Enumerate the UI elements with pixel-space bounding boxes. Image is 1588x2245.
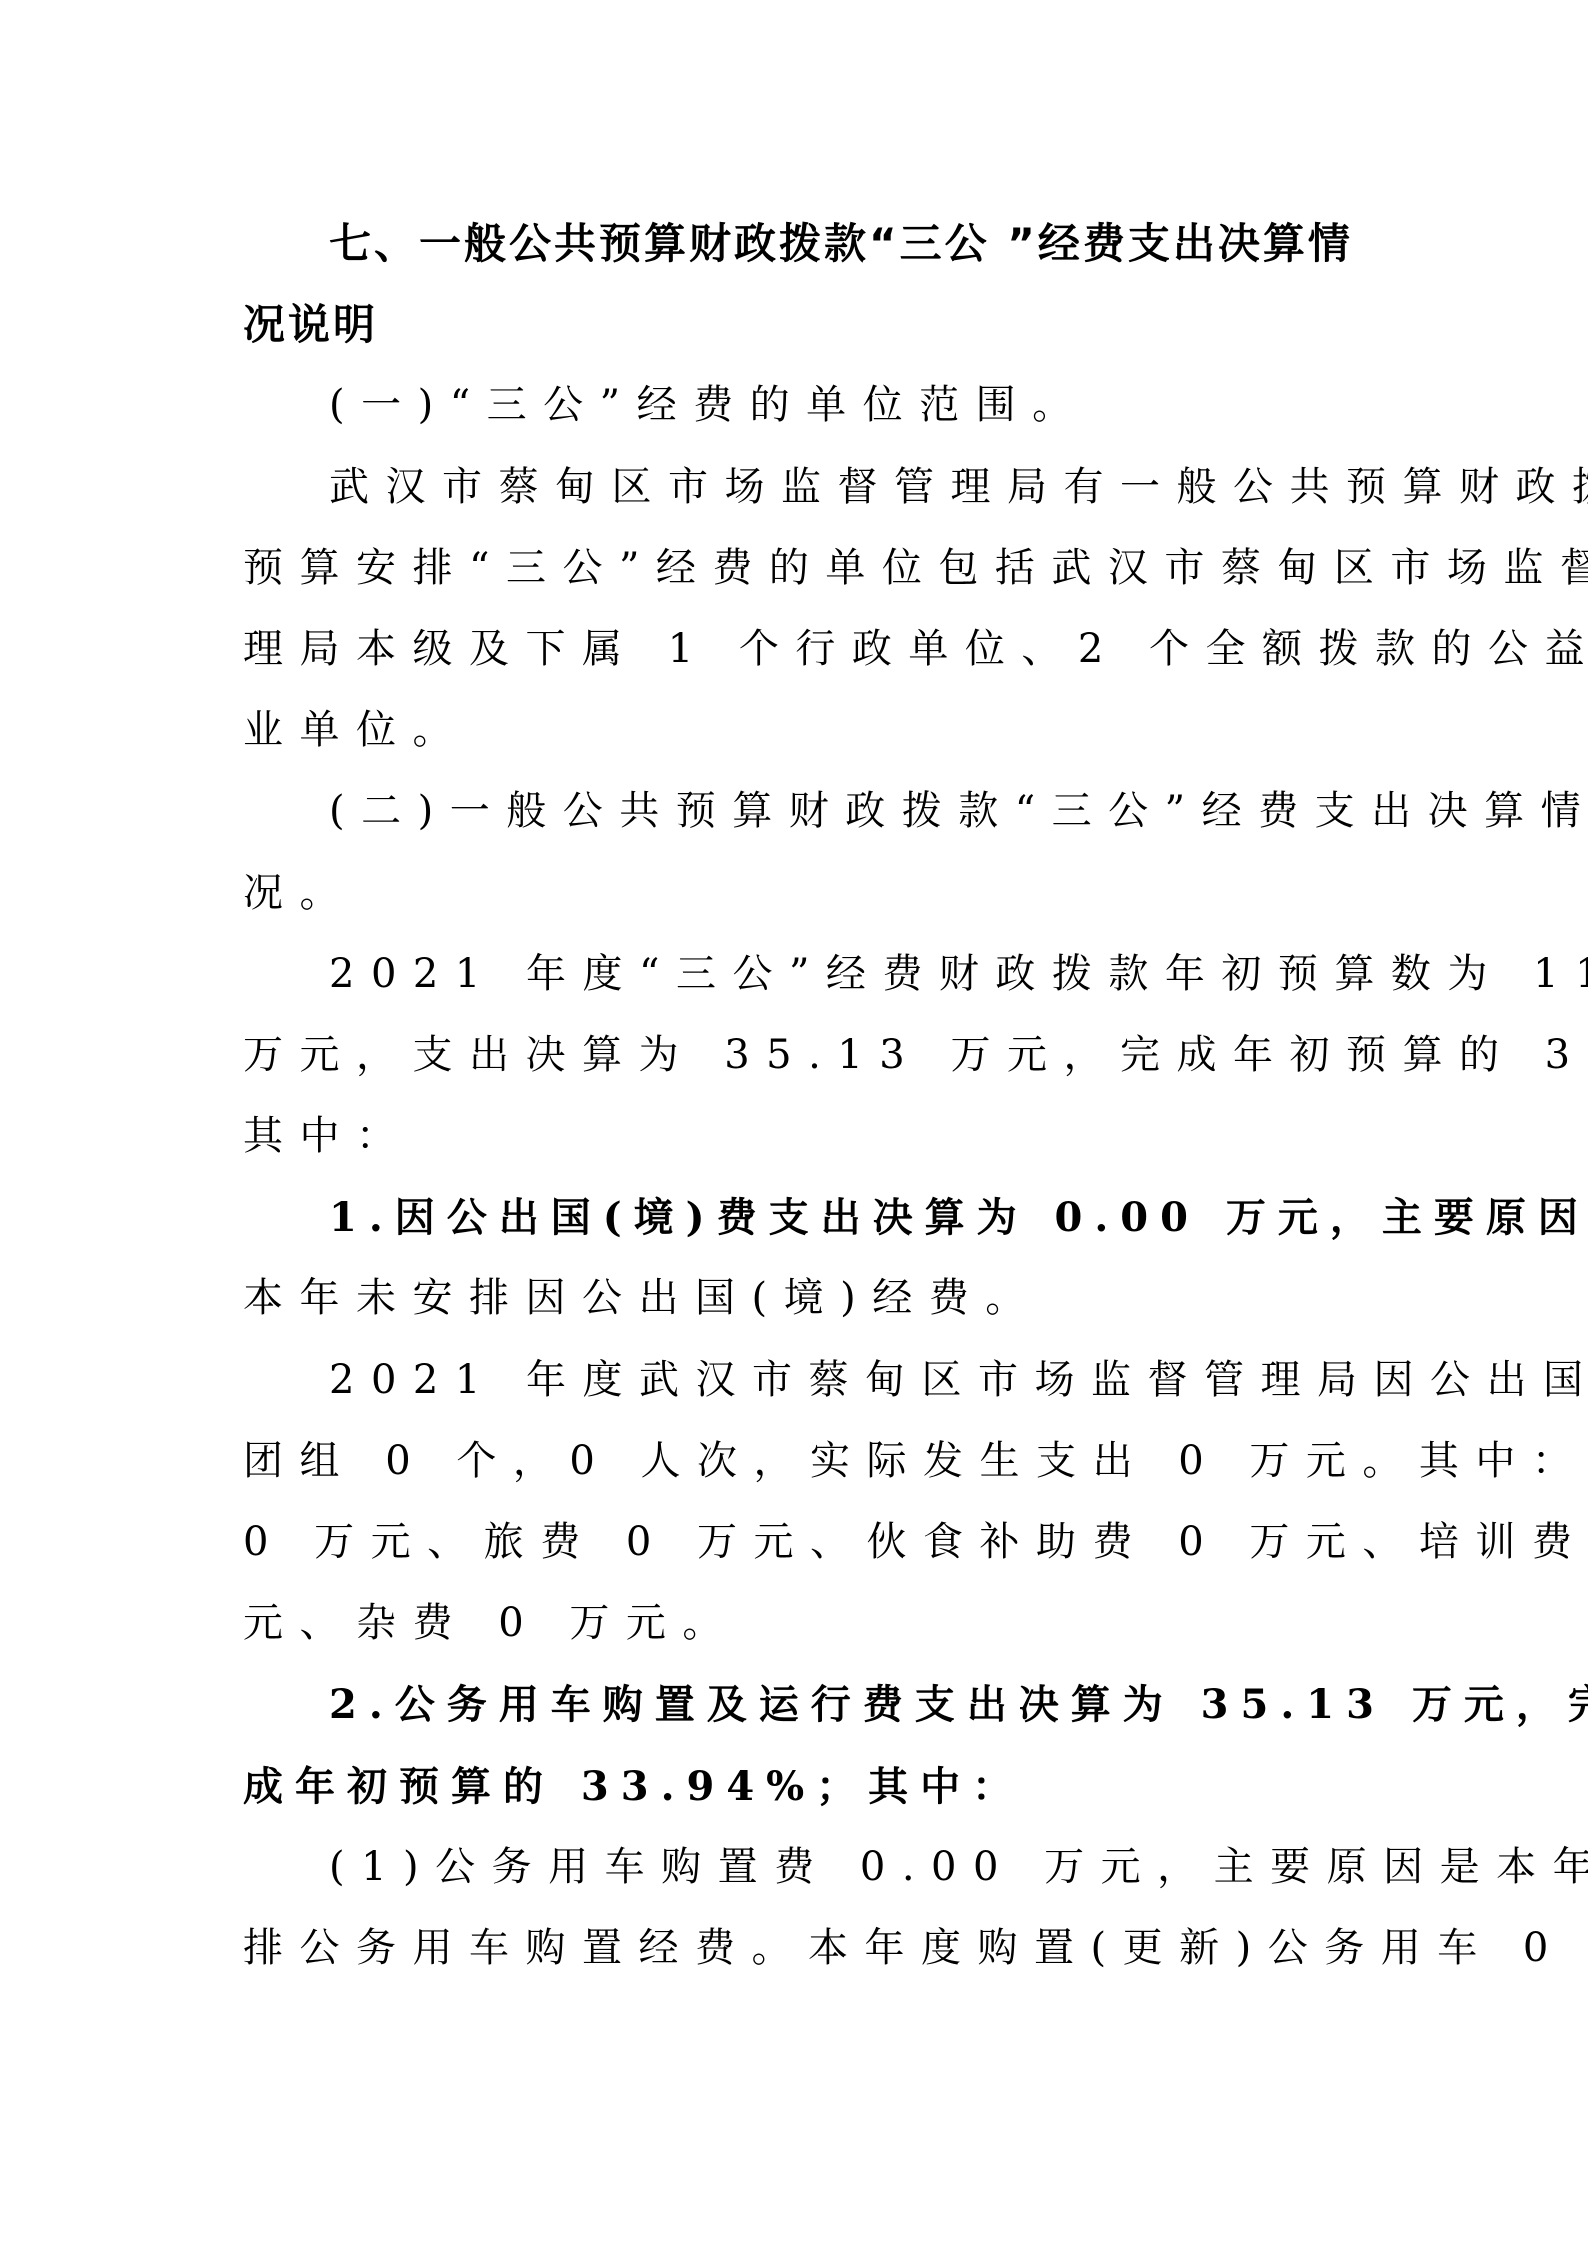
subsection-unit-scope: (一)“三公”经费的单位范围。 武汉市蔡甸区市场监督管理局有一般公共预算财政拨款… xyxy=(243,365,1349,771)
summary-line-2: 万元，支出决算为 35.13 万元，完成年初预算的 30.85%, xyxy=(243,1015,1349,1096)
subsection-2-title-line-2: 况。 xyxy=(243,853,1349,934)
item-1-line-2: 本年未安排因公出国(境)经费。 xyxy=(243,1258,1349,1339)
subsection-1-body-line-2: 预算安排“三公”经费的单位包括武汉市蔡甸区市场监督管 xyxy=(243,528,1349,609)
summary-line-3: 其中： xyxy=(243,1096,1349,1177)
item-2-line-1: 2.公务用车购置及运行费支出决算为 35.13 万元，完 xyxy=(243,1664,1349,1745)
item-1-detail-line-3: 0 万元、旅费 0 万元、伙食补助费 0 万元、培训费 0 万 xyxy=(243,1502,1349,1583)
item-1-detail-line-2: 团组 0 个，0 人次，实际发生支出 0 万元。其中：住宿费 xyxy=(243,1421,1349,1502)
subsection-2-title-line-1: (二)一般公共预算财政拨款“三公”经费支出决算情 xyxy=(243,771,1349,852)
subsection-1-body-line-1: 武汉市蔡甸区市场监督管理局有一般公共预算财政拨款 xyxy=(243,447,1349,528)
section-heading-line-2: 况说明 xyxy=(243,284,1349,365)
item-1-detail-line-1: 2021 年度武汉市蔡甸区市场监督管理局因公出国(境) xyxy=(243,1340,1349,1421)
subsection-expenditure: (二)一般公共预算财政拨款“三公”经费支出决算情 况。 2021 年度“三公”经… xyxy=(243,771,1349,1989)
section-heading: 七、一般公共预算财政拨款“三公 ”经费支出决算情 况说明 xyxy=(243,203,1349,365)
subsection-1-body-line-4: 业单位。 xyxy=(243,690,1349,771)
section-heading-line-1: 七、一般公共预算财政拨款“三公 ”经费支出决算情 xyxy=(243,203,1349,284)
item-2-sub-1-line-1: (1)公务用车购置费 0.00 万元，主要原因是本年度未安 xyxy=(243,1827,1349,1908)
summary-line-1: 2021 年度“三公”经费财政拨款年初预算数为 113.88 xyxy=(243,934,1349,1015)
item-1-detail-line-4: 元、杂费 0 万元。 xyxy=(243,1583,1349,1664)
subsection-1-body-line-3: 理局本级及下属 1 个行政单位、2 个全额拨款的公益一类事 xyxy=(243,609,1349,690)
item-2-sub-1-line-2: 排公务用车购置经费。本年度购置(更新)公务用车 0 辆。 xyxy=(243,1908,1349,1989)
subsection-1-title: (一)“三公”经费的单位范围。 xyxy=(243,365,1349,446)
item-2-line-2: 成年初预算的 33.94%；其中： xyxy=(243,1746,1349,1827)
item-1-line-1: 1.因公出国(境)费支出决算为 0.00 万元，主要原因是 xyxy=(243,1177,1349,1258)
document-page: 七、一般公共预算财政拨款“三公 ”经费支出决算情 况说明 (一)“三公”经费的单… xyxy=(243,203,1349,1989)
